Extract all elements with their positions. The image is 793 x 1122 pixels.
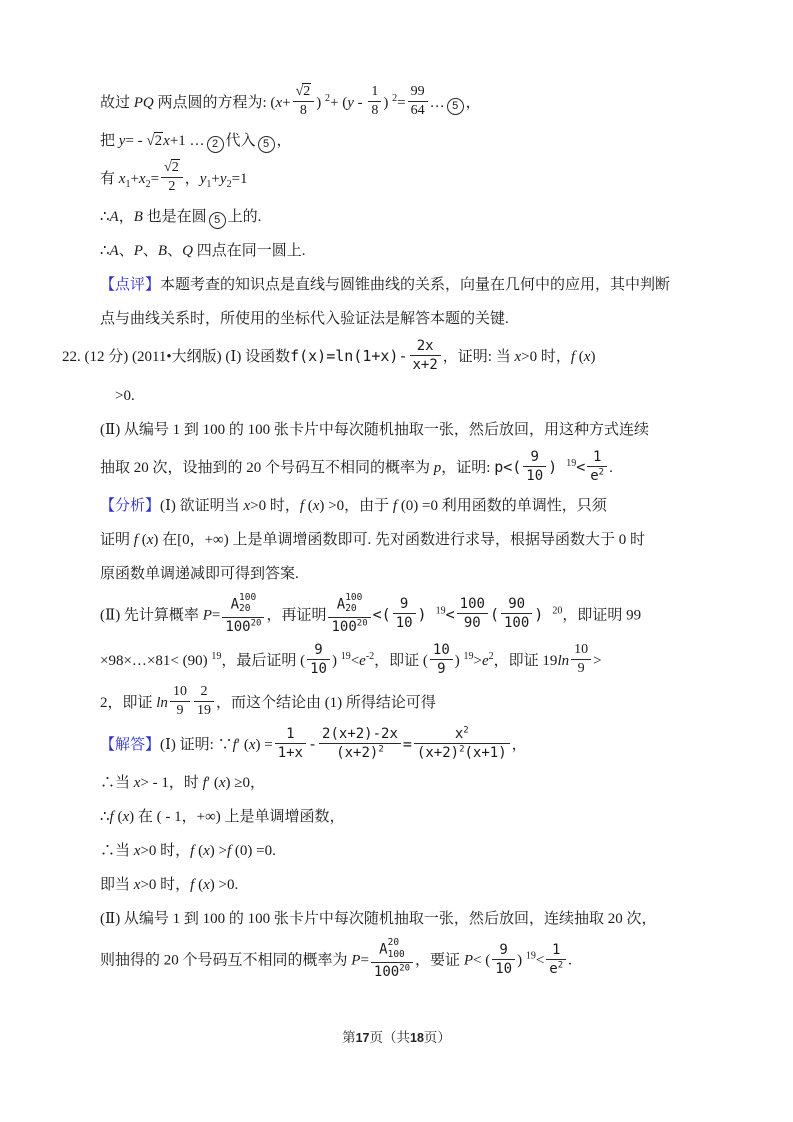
math-frac: 1e2 bbox=[587, 449, 607, 484]
math-text: 2 bbox=[168, 179, 175, 194]
frac-denominator: 10020 bbox=[328, 618, 370, 635]
text-run: ) > bbox=[210, 843, 227, 859]
line-24: 则抽得的 20 个号码互不相同的概率为 P=A2010010020，要证 P< … bbox=[100, 940, 737, 982]
line-12: 【分析】(Ⅰ) 欲证明当 x>0 时，f (x) >0，由于 f (0) =0 … bbox=[100, 493, 737, 520]
text-run: ( bbox=[138, 532, 147, 548]
sqrt-expr: √2 bbox=[146, 133, 163, 149]
superscript: 19 bbox=[526, 951, 536, 962]
math-text: 8 bbox=[300, 103, 307, 118]
math-var: P bbox=[464, 953, 473, 969]
frac-numerator: 9 bbox=[307, 642, 330, 660]
sqrt-expr: √2 bbox=[296, 84, 312, 99]
frac-denominator: e2 bbox=[546, 960, 566, 977]
text-run: 点与曲线关系时，所使用的坐标代入验证法是解答本题的关键. bbox=[100, 311, 509, 327]
text-run: = - bbox=[125, 133, 146, 149]
math-text: 100 bbox=[374, 964, 399, 980]
frac-numerator: 99 bbox=[408, 84, 428, 102]
math-text: 10 bbox=[526, 468, 543, 484]
text-run: ) bbox=[590, 349, 595, 365]
line-20: ∴f (x) 在 ( - 1，+∞) 上是单调增函数， bbox=[100, 804, 737, 831]
math-var: B bbox=[158, 243, 167, 259]
frac-denominator: 90 bbox=[457, 614, 488, 631]
math-frac: 219 bbox=[194, 684, 214, 719]
math-frac: x2(x+2)2(x+1) bbox=[414, 726, 510, 761]
math-frac: A1002010020 bbox=[222, 593, 264, 635]
text-run: = bbox=[360, 953, 368, 969]
math-frac: 1e2 bbox=[546, 942, 566, 977]
math-text: 90 bbox=[464, 615, 481, 631]
frac-numerator: 100 bbox=[457, 596, 488, 614]
text-run: >0 时， bbox=[521, 349, 571, 365]
math-text: 1 bbox=[593, 449, 601, 465]
math-var: x bbox=[203, 877, 210, 893]
line-1: 故过 PQ 两点圆的方程为: (x+√28) 2+ (y - 18) 2=996… bbox=[100, 86, 737, 121]
frac-denominator: x+2 bbox=[410, 356, 441, 373]
text-run: (0) =0 利用函数的单调性，只须 bbox=[397, 498, 607, 514]
math-text: 9 bbox=[578, 661, 585, 676]
math-var: ln bbox=[557, 653, 569, 669]
math-text: 2(x+2)-2x bbox=[322, 726, 398, 742]
line-11: 抽取 20 次，设抽到的 20 个号码互不相同的概率为 p，证明: p<(910… bbox=[100, 451, 737, 486]
math-text: e bbox=[549, 961, 557, 977]
frac-denominator: 10020 bbox=[222, 618, 264, 635]
math-text: 1 bbox=[552, 942, 560, 958]
frac-denominator: 10 bbox=[492, 960, 515, 977]
text-run: + bbox=[211, 171, 219, 187]
formula-run: < bbox=[576, 458, 585, 476]
math-frac: 910 bbox=[307, 642, 330, 677]
text-run: > bbox=[593, 653, 601, 669]
superscript: 19 bbox=[464, 651, 474, 662]
text-run: ∴ bbox=[100, 809, 110, 825]
line-10: (Ⅱ) 从编号 1 到 100 的 100 张卡片中每次随机抽取一张，然后放回，… bbox=[100, 417, 737, 444]
math-var: P bbox=[203, 607, 212, 623]
sup-sub-stack: 10020 bbox=[345, 592, 362, 615]
frac-numerator: 1 bbox=[546, 942, 566, 960]
text-run: ( bbox=[194, 843, 203, 859]
text-run: 有 bbox=[100, 171, 119, 187]
text-run: ) bbox=[517, 953, 526, 969]
text-run: ) bbox=[316, 95, 325, 111]
text-run: ′ ( bbox=[207, 775, 219, 791]
text-run: 、 bbox=[143, 243, 158, 259]
line-21: ∴当 x>0 时，f (x) >f (0) =0. bbox=[100, 838, 737, 865]
text-run: + ( bbox=[330, 95, 347, 111]
text-run: ×98×…×81< (90) bbox=[100, 653, 211, 669]
text-run: ∴ bbox=[100, 209, 110, 225]
math-text: 100 bbox=[460, 596, 485, 612]
text-run: ) bbox=[455, 653, 464, 669]
superscript: 2 bbox=[463, 725, 468, 735]
text-run: > - 1，时 bbox=[140, 775, 202, 791]
text-run: (Ⅰ) 证明: ∵ bbox=[160, 737, 233, 753]
line-16: ×98×…×81< (90) 19，最后证明 (910) 19<e-2，即证 (… bbox=[100, 644, 737, 679]
frac-denominator: 8 bbox=[368, 102, 381, 119]
text-run: ，再证明 bbox=[266, 607, 326, 623]
frac-numerator: 10 bbox=[571, 642, 591, 660]
document-page: 故过 PQ 两点圆的方程为: (x+√28) 2+ (y - 18) 2=996… bbox=[0, 0, 793, 1122]
frac-numerator: 2x bbox=[410, 338, 441, 356]
text-run: 把 bbox=[100, 133, 119, 149]
line-23: (Ⅱ) 从编号 1 到 100 的 100 张卡片中每次随机抽取一张，然后放回，… bbox=[100, 906, 737, 933]
math-var: A bbox=[110, 209, 119, 225]
text-run: ) 在[0，+∞) 上是单调增函数即可. 先对函数进行求导，根据导函数大于 0 … bbox=[153, 532, 645, 548]
line-9: >0. bbox=[100, 383, 737, 410]
math-var: A bbox=[110, 243, 119, 259]
math-text: 1+x bbox=[278, 745, 303, 761]
frac-numerator: 90 bbox=[501, 596, 532, 614]
math-var: Q bbox=[182, 243, 193, 259]
text-run: ，要证 bbox=[415, 953, 464, 969]
text-run: 本题考查的知识点是直线与圆锥曲线的关系，向量在几何中的应用，其中判断 bbox=[160, 277, 670, 293]
text-run: >0. bbox=[115, 388, 135, 404]
line-22: 即当 x>0 时，f (x) >0. bbox=[100, 872, 737, 899]
math-text: 10 bbox=[495, 961, 512, 977]
perm-letter: A bbox=[231, 596, 239, 612]
math-var: y bbox=[220, 171, 227, 187]
page-footer: 第17页（共18页） bbox=[0, 1026, 793, 1046]
line-2: 把 y= - √2x+1 …2代入5， bbox=[100, 128, 737, 155]
math-frac: 910 bbox=[523, 449, 546, 484]
line-17: 2，即证 ln109219，而这个结论由 (1) 所得结论可得 bbox=[100, 686, 737, 721]
frac-numerator: √2 bbox=[293, 84, 315, 102]
math-var: x bbox=[139, 171, 146, 187]
text-run: ) >0，由于 bbox=[319, 498, 392, 514]
text-run: ∴当 bbox=[100, 843, 134, 859]
text-run: 证明 bbox=[100, 532, 134, 548]
line-19: ∴当 x> - 1，时 f′ (x) ≥0， bbox=[100, 770, 737, 797]
math-frac: 109 bbox=[430, 642, 453, 677]
math-frac: 9964 bbox=[408, 84, 428, 119]
math-text: 9 bbox=[499, 942, 507, 958]
text-run: 则抽得的 20 个号码互不相同的概率为 bbox=[100, 953, 351, 969]
text-run: 四点在同一圆上. bbox=[193, 243, 306, 259]
stack-sub: 20 bbox=[239, 603, 256, 614]
text-run: ) bbox=[383, 95, 392, 111]
circled-number: 5 bbox=[447, 98, 464, 115]
section-label: 【解答】 bbox=[100, 737, 160, 753]
math-text: 8 bbox=[371, 103, 378, 118]
math-var: x bbox=[219, 775, 226, 791]
text-run: . bbox=[568, 953, 572, 969]
frac-denominator: (x+2)2 bbox=[319, 744, 401, 761]
text-run: 22. (12 分) (2011•大纲版) (Ⅰ) 设函数 bbox=[62, 349, 290, 365]
frac-numerator: 9 bbox=[492, 942, 515, 960]
superscript: 2 bbox=[558, 960, 563, 970]
math-text: 9 bbox=[437, 661, 445, 677]
text-run: ，证明: bbox=[441, 460, 494, 476]
math-text: 10 bbox=[433, 642, 450, 658]
text-run: 、 bbox=[119, 243, 134, 259]
text-run: 两点圆的方程为: ( bbox=[154, 95, 276, 111]
line-7: 点与曲线关系时，所使用的坐标代入验证法是解答本题的关键. bbox=[100, 306, 737, 333]
text-run: ′ ( bbox=[237, 737, 249, 753]
math-text: 9 bbox=[530, 449, 538, 465]
math-frac: √22 bbox=[161, 160, 183, 195]
stack-sup: 100 bbox=[345, 592, 362, 603]
math-text: 10 bbox=[396, 615, 413, 631]
text-run: ，即证 19 bbox=[494, 653, 558, 669]
line-5: ∴A、P、B、Q 四点在同一圆上. bbox=[100, 238, 737, 265]
section-label: 【点评】 bbox=[100, 277, 160, 293]
text-run: ，最后证明 ( bbox=[221, 653, 305, 669]
formula-run: - bbox=[308, 735, 317, 753]
frac-numerator: 9 bbox=[393, 596, 416, 614]
math-var: PQ bbox=[134, 95, 154, 111]
frac-denominator: 2 bbox=[161, 178, 183, 195]
text-run: = bbox=[151, 171, 159, 187]
footer-total-pages: 18 bbox=[410, 1031, 424, 1045]
superscript: 20 bbox=[552, 605, 562, 616]
math-text: 1 bbox=[371, 84, 378, 99]
document-body: 故过 PQ 两点圆的方程为: (x+√28) 2+ (y - 18) 2=996… bbox=[100, 86, 737, 989]
text-run: 上的. bbox=[228, 209, 262, 225]
frac-numerator: 10 bbox=[170, 684, 190, 702]
stack-sub: 100 bbox=[388, 949, 405, 960]
text-run: 即当 bbox=[100, 877, 134, 893]
text-run: 、 bbox=[167, 243, 182, 259]
sqrt-expr: √2 bbox=[164, 160, 180, 175]
circled-number: 5 bbox=[209, 212, 226, 229]
math-frac: 109 bbox=[571, 642, 591, 677]
line-18: 【解答】(Ⅰ) 证明: ∵f′ (x) =11+x-2(x+2)-2x(x+2)… bbox=[100, 728, 737, 763]
math-text: 100 bbox=[331, 619, 356, 635]
math-text: x+2 bbox=[413, 357, 438, 373]
text-run: . bbox=[609, 460, 613, 476]
superscript: -2 bbox=[366, 651, 374, 662]
perm-letter: A bbox=[337, 596, 345, 612]
frac-denominator: (x+2)2(x+1) bbox=[414, 744, 510, 761]
text-run: >0 时， bbox=[140, 843, 190, 859]
formula-run: <( bbox=[373, 605, 391, 623]
frac-denominator: 8 bbox=[293, 102, 315, 119]
text-run: ) >0. bbox=[210, 877, 238, 893]
text-run: +1 … bbox=[170, 133, 205, 149]
footer-mid: 页（共 bbox=[370, 1030, 411, 1045]
text-run: (0) =0. bbox=[231, 843, 276, 859]
sup-sub-stack: 10020 bbox=[239, 592, 256, 615]
text-run: ∴ bbox=[100, 243, 110, 259]
math-var: x bbox=[203, 843, 210, 859]
text-run: (Ⅱ) 从编号 1 到 100 的 100 张卡片中每次随机抽取一张，然后放回，… bbox=[100, 422, 649, 438]
line-6: 【点评】本题考查的知识点是直线与圆锥曲线的关系，向量在几何中的应用，其中判断 bbox=[100, 272, 737, 299]
footer-page-number: 17 bbox=[356, 1031, 370, 1045]
math-text: 1 bbox=[286, 726, 294, 742]
frac-denominator: 100 bbox=[501, 614, 532, 631]
math-text: 2x bbox=[417, 338, 434, 354]
math-text: 10 bbox=[310, 661, 327, 677]
frac-numerator: 1 bbox=[368, 84, 381, 102]
circled-number: 2 bbox=[207, 136, 224, 153]
text-run: ( bbox=[304, 498, 313, 514]
text-run: 2，即证 bbox=[100, 695, 156, 711]
text-run: ) = bbox=[255, 737, 272, 753]
math-frac: 18 bbox=[368, 84, 381, 119]
text-run: ，即证 ( bbox=[374, 653, 428, 669]
text-run: ) bbox=[332, 653, 341, 669]
frac-numerator: 2 bbox=[194, 684, 214, 702]
text-run: ) 在 ( - 1，+∞) 上是单调增函数， bbox=[129, 809, 344, 825]
text-run: ，证明: 当 bbox=[443, 349, 515, 365]
text-run: ， bbox=[466, 95, 481, 111]
math-frac: 90100 bbox=[501, 596, 532, 631]
math-text: 100 bbox=[225, 619, 250, 635]
math-text: (x+1) bbox=[465, 745, 507, 761]
superscript: 2 bbox=[378, 744, 383, 754]
text-run: 也是在圆 bbox=[143, 209, 207, 225]
formula-run: ) bbox=[534, 605, 552, 623]
perm-letter: A bbox=[379, 942, 387, 958]
superscript: 20 bbox=[357, 618, 368, 628]
formula-run: ( bbox=[490, 605, 499, 623]
frac-numerator: A10020 bbox=[328, 593, 370, 618]
math-frac: 11+x bbox=[275, 726, 306, 761]
frac-denominator: 9 bbox=[430, 660, 453, 677]
text-run: + bbox=[282, 95, 290, 111]
math-frac: 10090 bbox=[457, 596, 488, 631]
math-text: 99 bbox=[411, 84, 425, 99]
text-run: ( bbox=[194, 877, 203, 893]
text-run: ) ≥0， bbox=[226, 775, 265, 791]
frac-denominator: 10 bbox=[393, 614, 416, 631]
math-frac: A2010010020 bbox=[371, 938, 413, 980]
frac-numerator: 9 bbox=[523, 449, 546, 467]
frac-denominator: 9 bbox=[170, 702, 190, 719]
text-run: (Ⅱ) 先计算概率 bbox=[100, 607, 203, 623]
line-13: 证明 f (x) 在[0，+∞) 上是单调增函数即可. 先对函数进行求导，根据导… bbox=[100, 527, 737, 554]
text-run: 抽取 20 次，设抽到的 20 个号码互不相同的概率为 bbox=[100, 460, 434, 476]
text-run: + bbox=[130, 171, 138, 187]
text-run: ， bbox=[185, 171, 200, 187]
text-run: (Ⅱ) 从编号 1 到 100 的 100 张卡片中每次随机抽取一张，然后放回，… bbox=[100, 911, 656, 927]
frac-numerator: x2 bbox=[414, 726, 510, 744]
frac-denominator: 10 bbox=[307, 660, 330, 677]
footer-suffix: 页） bbox=[424, 1030, 451, 1045]
math-var: x bbox=[163, 133, 170, 149]
math-var: B bbox=[134, 209, 143, 225]
text-run: - bbox=[354, 95, 367, 111]
section-label: 【分析】 bbox=[100, 498, 160, 514]
formula-run: ) bbox=[548, 458, 566, 476]
text-run: = bbox=[397, 95, 405, 111]
superscript: 19 bbox=[566, 458, 576, 469]
math-frac: √28 bbox=[293, 84, 315, 119]
math-text: 100 bbox=[504, 615, 529, 631]
formula-run: < bbox=[446, 605, 455, 623]
frac-denominator: 1+x bbox=[275, 744, 306, 761]
radicand: 2 bbox=[154, 132, 164, 149]
text-run: < ( bbox=[473, 953, 490, 969]
math-text: 9 bbox=[176, 703, 183, 718]
math-text: 10 bbox=[574, 642, 588, 657]
text-run: = bbox=[212, 607, 220, 623]
formula-run: ) bbox=[418, 605, 436, 623]
text-run: ，而这个结论由 (1) 所得结论可得 bbox=[216, 695, 436, 711]
math-text: 10 bbox=[173, 684, 187, 699]
math-text: 9 bbox=[400, 596, 408, 612]
frac-denominator: 9 bbox=[571, 660, 591, 677]
stack-sub: 20 bbox=[345, 603, 362, 614]
text-run: ( bbox=[575, 349, 584, 365]
math-frac: A1002010020 bbox=[328, 593, 370, 635]
math-text: 90 bbox=[508, 596, 525, 612]
line-3: 有 x1+x2=√22，y1+y2=1 bbox=[100, 162, 737, 197]
stack-sup: 20 bbox=[388, 937, 405, 948]
math-var: ln bbox=[156, 695, 168, 711]
line-4: ∴A，B 也是在圆5上的. bbox=[100, 204, 737, 231]
circled-number: 5 bbox=[258, 136, 275, 153]
math-frac: 2(x+2)-2x(x+2)2 bbox=[319, 726, 401, 761]
line-14: 原函数单调递减即可得到答案. bbox=[100, 561, 737, 588]
math-text: 2 bbox=[200, 684, 207, 699]
text-run: =1 bbox=[232, 171, 248, 187]
radicand: 2 bbox=[171, 159, 180, 175]
text-run: ，即证明 99 bbox=[562, 607, 641, 623]
superscript: 19 bbox=[211, 651, 221, 662]
frac-denominator: 19 bbox=[194, 702, 214, 719]
sup-sub-stack: 20100 bbox=[388, 937, 405, 960]
text-run: 代入 bbox=[226, 133, 256, 149]
text-run: ∴当 bbox=[100, 775, 134, 791]
math-text: 9 bbox=[314, 642, 322, 658]
radicand: 2 bbox=[302, 83, 311, 99]
math-text: (x+2) bbox=[336, 745, 378, 761]
frac-numerator: 1 bbox=[275, 726, 306, 744]
math-frac: 910 bbox=[393, 596, 416, 631]
frac-numerator: √2 bbox=[161, 160, 183, 178]
formula-run: = bbox=[403, 735, 412, 753]
math-frac: 2xx+2 bbox=[410, 338, 441, 373]
text-run: ， bbox=[512, 737, 527, 753]
text-run: >0 时， bbox=[140, 877, 190, 893]
text-run: ， bbox=[119, 209, 134, 225]
text-run: ， bbox=[277, 133, 292, 149]
frac-numerator: 1 bbox=[587, 449, 607, 467]
superscript: 19 bbox=[341, 651, 351, 662]
text-run: (Ⅰ) 欲证明当 bbox=[160, 498, 243, 514]
math-var: e bbox=[359, 653, 366, 669]
frac-denominator: 64 bbox=[408, 102, 428, 119]
formula-run: f(x)=ln(1+x) bbox=[290, 347, 398, 365]
math-text: 64 bbox=[411, 103, 425, 118]
stack-sup: 100 bbox=[239, 592, 256, 603]
formula-run: p<( bbox=[494, 458, 521, 476]
text-run: >0 时， bbox=[250, 498, 300, 514]
footer-prefix: 第 bbox=[342, 1030, 356, 1045]
math-var: P bbox=[134, 243, 143, 259]
math-var: y bbox=[347, 95, 354, 111]
frac-numerator: A10020 bbox=[222, 593, 264, 618]
text-run: < bbox=[536, 953, 544, 969]
superscript: 2 bbox=[599, 467, 604, 477]
math-frac: 109 bbox=[170, 684, 190, 719]
text-run: … bbox=[430, 95, 445, 111]
text-run: 故过 bbox=[100, 95, 134, 111]
math-text: 19 bbox=[197, 703, 211, 718]
frac-denominator: 10 bbox=[523, 467, 546, 484]
formula-run: - bbox=[398, 347, 407, 365]
math-text: (x+2) bbox=[417, 745, 459, 761]
text-run: 原函数单调递减即可得到答案. bbox=[100, 566, 299, 582]
frac-numerator: 2(x+2)-2x bbox=[319, 726, 401, 744]
line-8: 22. (12 分) (2011•大纲版) (Ⅰ) 设函数f(x)=ln(1+x… bbox=[62, 340, 737, 375]
superscript: 19 bbox=[436, 605, 446, 616]
math-frac: 910 bbox=[492, 942, 515, 977]
superscript: 20 bbox=[251, 618, 262, 628]
text-run: < bbox=[351, 653, 359, 669]
frac-numerator: 10 bbox=[430, 642, 453, 660]
frac-denominator: 10020 bbox=[371, 963, 413, 980]
